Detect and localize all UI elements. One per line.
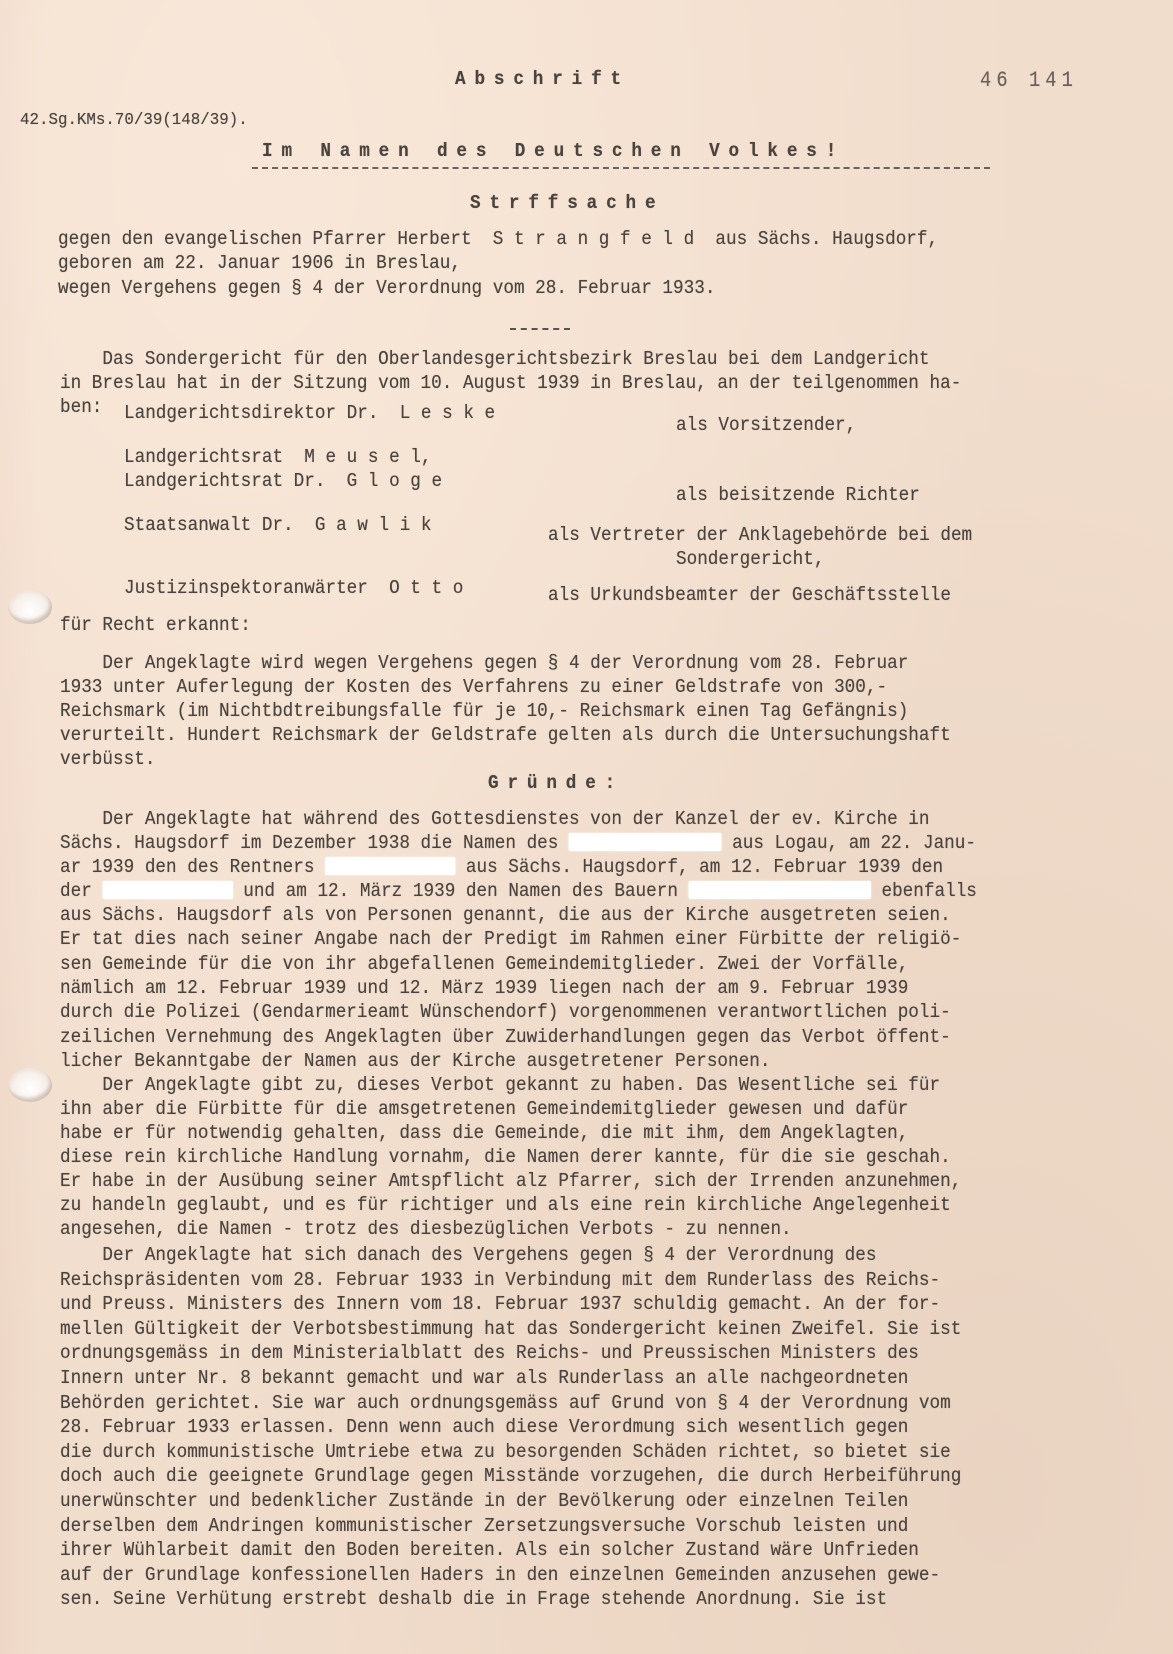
reasons-line: Behörden gerichtet. Sie war auch ordnung… xyxy=(60,1392,951,1414)
reasons-line: und Preuss. Ministers des Innern vom 18.… xyxy=(60,1293,940,1315)
file-reference: 42.Sg.KMs.70/39(148/39). xyxy=(20,110,248,132)
case-type: Strffsache xyxy=(470,192,664,214)
verdict-line: Reichsmark (im Nichtbdtreibungsfalle für… xyxy=(60,700,908,722)
copy-label: Abschrift xyxy=(455,68,630,90)
verdict-intro: für Recht erkannt: xyxy=(60,614,251,636)
defendant-line: wegen Vergehens gegen § 4 der Verordnung… xyxy=(58,277,715,299)
court-intro-line: in Breslau hat in der Sitzung vom 10. Au… xyxy=(60,372,961,394)
reasons-line: licher Bekanntgabe der Namen aus der Kir… xyxy=(60,1050,770,1072)
reasons-line: doch auch die geeignete Grundlage gegen … xyxy=(60,1465,961,1487)
redaction-block xyxy=(689,881,871,899)
reasons-line: der und am 12. März 1939 den Namen des B… xyxy=(60,880,977,902)
participant-name: Staatsanwalt Dr. G a w l i k xyxy=(124,514,432,536)
participant-role: als Vorsitzender, xyxy=(676,414,856,436)
participant-role: als beisitzende Richter xyxy=(676,484,920,506)
reasons-line: Der Angeklagte gibt zu, dieses Verbot ge… xyxy=(60,1074,940,1096)
reasons-line: aus Sächs. Haugsdorf als von Personen ge… xyxy=(60,904,951,926)
reasons-line: diese rein kirchliche Handlung vornahm, … xyxy=(60,1146,951,1168)
reasons-line: die durch kommunistische Umtriebe etwa z… xyxy=(60,1441,951,1463)
reasons-line: zu handeln geglaubt, und es für richtige… xyxy=(60,1194,951,1216)
separator-line xyxy=(510,328,570,330)
participant-role: als Vertreter der Anklagebehörde bei dem xyxy=(548,524,972,546)
reasons-line: ihrer Wühlarbeit damit den Boden bereite… xyxy=(60,1539,919,1561)
text-segment: Sächs. Haugsdorf im Dezember 1938 die Na… xyxy=(60,832,569,854)
reasons-heading: Gründe: xyxy=(488,772,624,794)
text-segment: aus Logau, am 22. Janu- xyxy=(722,832,977,854)
reasons-line: ihn aber die Fürbitte für die amsgetrete… xyxy=(60,1098,908,1120)
reasons-line: 28. Februar 1933 erlassen. Denn wenn auc… xyxy=(60,1416,908,1438)
court-intro-line: Das Sondergericht für den Oberlandesgeri… xyxy=(60,348,930,370)
reasons-line: habe er für notwendig gehalten, dass die… xyxy=(60,1122,908,1144)
verdict-line: 1933 unter Auferlegung der Kosten des Ve… xyxy=(60,676,887,698)
text-segment: und am 12. März 1939 den Namen des Bauer… xyxy=(233,880,689,902)
court-intro-line: ben: xyxy=(60,396,102,418)
reasons-line: Er tat dies nach seiner Angabe nach der … xyxy=(60,928,961,950)
reasons-line: Er habe in der Ausübung seiner Amtspflic… xyxy=(60,1170,961,1192)
text-segment: aus Sächs. Haugsdorf, am 12. Februar 193… xyxy=(455,856,943,878)
reasons-line: ordnungsgemäss in dem Ministerialblatt d… xyxy=(60,1342,919,1364)
verdict-line: Der Angeklagte wird wegen Vergehens gege… xyxy=(60,652,908,674)
text-segment: ebenfalls xyxy=(871,880,977,902)
text-segment: ar 1939 den des Rentners xyxy=(60,856,325,878)
participant-role: Sondergericht, xyxy=(676,548,824,570)
verdict-line: verbüsst. xyxy=(60,748,155,770)
reasons-line: nämlich am 12. Februar 1939 und 12. März… xyxy=(60,977,908,999)
text-segment: der xyxy=(60,880,102,902)
reasons-line: mellen Gültigkeit der Verbotsbestimmung … xyxy=(60,1318,961,1340)
reasons-line: Der Angeklagte hat während des Gottesdie… xyxy=(60,808,930,830)
document-number: 46 141 xyxy=(980,70,1078,92)
reasons-line: auf der Grundlage konfessionellen Haders… xyxy=(60,1564,940,1586)
participant-name: Justizinspektoranwärter O t t o xyxy=(124,577,463,599)
reasons-line: unerwünschter und bedenklicher Zustände … xyxy=(60,1490,908,1512)
participant-name: Landgerichtsdirektor Dr. L e s k e xyxy=(124,402,495,424)
reasons-line: Sächs. Haugsdorf im Dezember 1938 die Na… xyxy=(60,832,976,854)
reasons-line: angesehen, die Namen - trotz des diesbez… xyxy=(60,1218,792,1240)
punch-hole xyxy=(8,1068,52,1102)
verdict-line: verurteilt. Hundert Reichsmark der Gelds… xyxy=(60,724,951,746)
reasons-line: sen Gemeinde für die von ihr abgefallene… xyxy=(60,953,908,975)
title-underline xyxy=(252,167,990,169)
redaction-block xyxy=(325,857,455,875)
redaction-block xyxy=(569,833,722,851)
defendant-line: gegen den evangelischen Pfarrer Herbert … xyxy=(58,228,938,250)
reasons-line: derselben dem Andringen kommunistischer … xyxy=(60,1515,908,1537)
reasons-line: Der Angeklagte hat sich danach des Verge… xyxy=(60,1244,876,1266)
participant-name: Landgerichtsrat Dr. G l o g e xyxy=(124,470,442,492)
redaction-block xyxy=(102,881,232,899)
participant-role: als Urkundsbeamter der Geschäftsstelle xyxy=(548,584,951,606)
reasons-line: durch die Polizei (Gendarmerieamt Wünsch… xyxy=(60,1001,951,1023)
reasons-line: sen. Seine Verhütung erstrebt deshalb di… xyxy=(60,1588,887,1610)
document-page: Abschrift 46 141 42.Sg.KMs.70/39(148/39)… xyxy=(0,0,1173,1654)
reasons-line: zeilichen Vernehmung des Angeklagten übe… xyxy=(60,1026,951,1048)
reasons-line: ar 1939 den des Rentners aus Sächs. Haug… xyxy=(60,856,943,878)
document-title: Im Namen des Deutschen Volkes! xyxy=(262,140,845,162)
defendant-line: geboren am 22. Januar 1906 in Breslau, xyxy=(58,252,461,274)
participant-name: Landgerichtsrat M e u s e l, xyxy=(124,446,432,468)
punch-hole xyxy=(8,590,52,624)
reasons-line: Reichspräsidenten vom 28. Februar 1933 i… xyxy=(60,1269,940,1291)
reasons-line: Innern unter Nr. 8 bekannt gemacht und w… xyxy=(60,1367,908,1389)
